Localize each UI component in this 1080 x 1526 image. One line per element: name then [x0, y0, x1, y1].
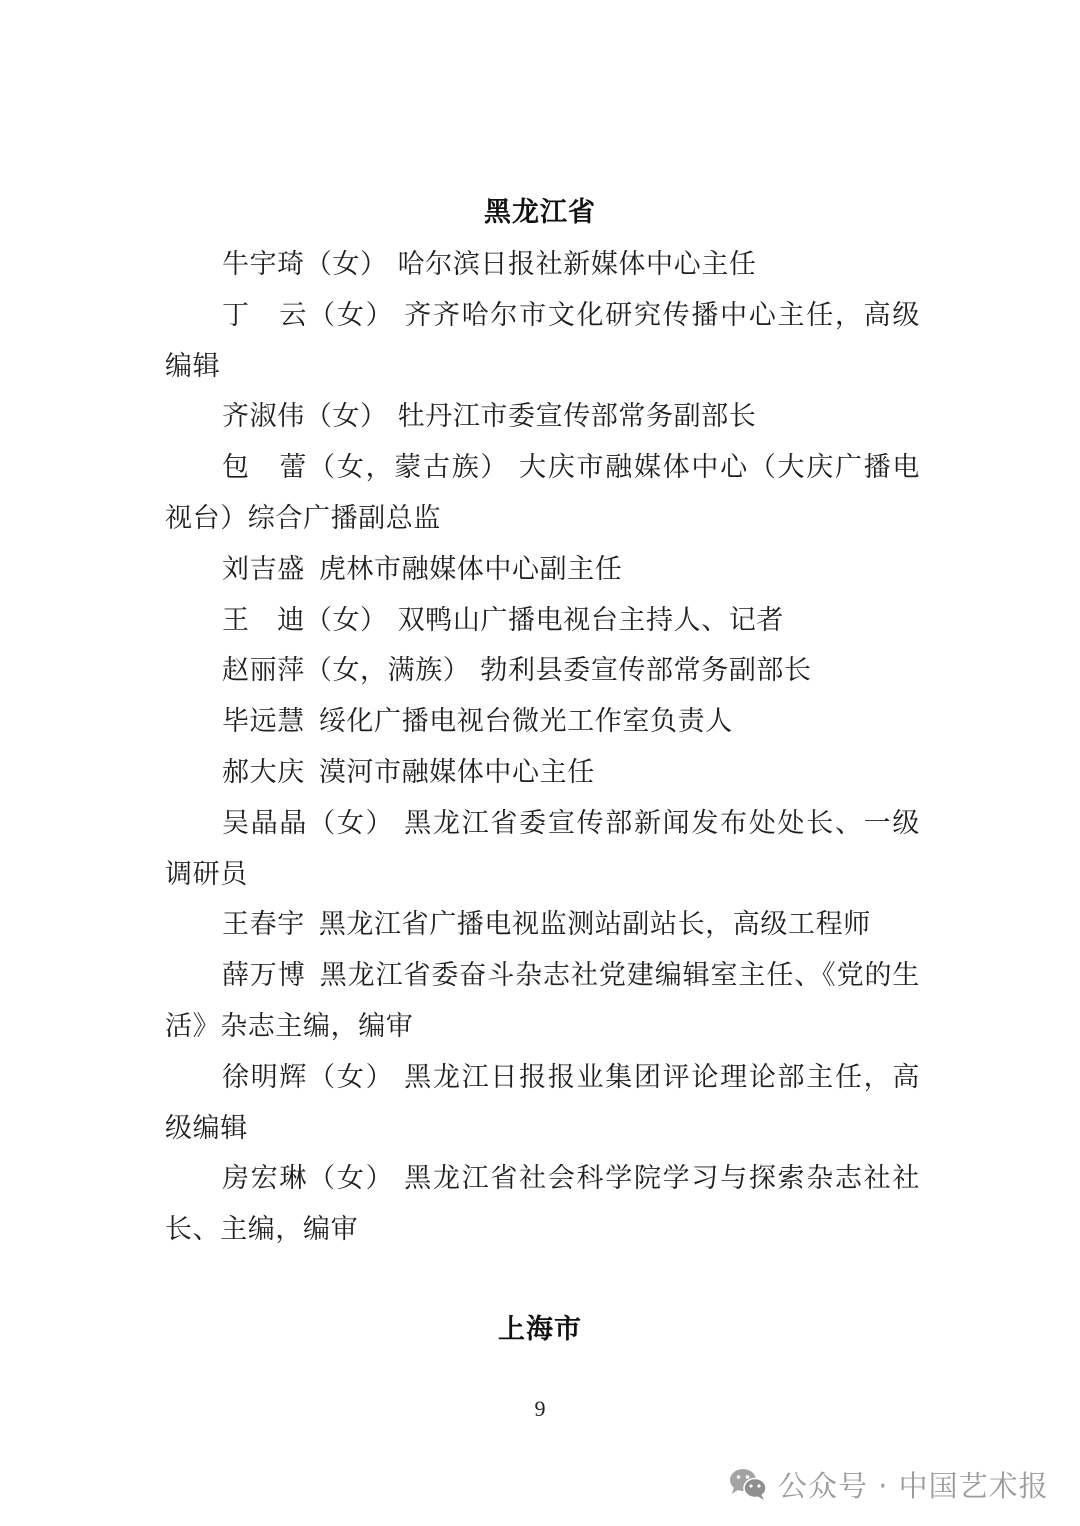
person-name: 吴晶晶 — [222, 808, 308, 839]
person-note: （女） — [308, 300, 394, 331]
person-title: 勃利县委宣传部常务副部长 — [480, 655, 811, 686]
person-name: 赵丽萍 — [222, 655, 305, 686]
section-heading-heilongjiang: 黑龙江省 — [0, 196, 1080, 230]
person-note: （女，蒙古族） — [308, 452, 509, 483]
person-title: 牡丹江市委宣传部常务副部长 — [398, 401, 757, 432]
watermark: 公众号 · 中国艺术报 — [728, 1462, 1049, 1506]
list-item: 徐明辉（女）黑龙江日报报业集团评论理论部主任，高级编辑 — [165, 1053, 920, 1155]
person-note: （女） — [308, 808, 394, 839]
person-note: （女） — [308, 1163, 394, 1194]
person-note: （女） — [308, 1062, 394, 1093]
person-note: （女） — [305, 605, 388, 636]
person-name: 徐明辉 — [222, 1062, 308, 1093]
person-name: 丁 云 — [222, 300, 308, 331]
person-title: 虎林市融媒体中心副主任 — [319, 554, 623, 585]
list-item: 郝大庆漠河市融媒体中心主任 — [165, 748, 920, 799]
person-name: 王 迪 — [222, 605, 305, 636]
watermark-text: 公众号 · 中国艺术报 — [778, 1464, 1049, 1505]
person-title: 绥化广播电视台微光工作室负责人 — [319, 706, 733, 737]
section-heading-shanghai: 上海市 — [0, 1313, 1080, 1347]
list-item: 王春宇黑龙江省广播电视监测站副站长，高级工程师 — [165, 900, 920, 951]
person-title: 双鸭山广播电视台主持人、记者 — [398, 605, 784, 636]
person-title: 哈尔滨日报社新媒体中心主任 — [398, 249, 757, 280]
list-item: 刘吉盛虎林市融媒体中心副主任 — [165, 545, 920, 596]
person-name: 刘吉盛 — [222, 554, 305, 585]
person-title: 黑龙江省广播电视监测站副站长，高级工程师 — [319, 909, 871, 940]
list-item: 牛宇琦（女）哈尔滨日报社新媒体中心主任 — [165, 240, 920, 291]
list-item: 包 蕾（女，蒙古族）大庆市融媒体中心（大庆广播电视台）综合广播副总监 — [165, 443, 920, 545]
list-item: 王 迪（女）双鸭山广播电视台主持人、记者 — [165, 596, 920, 647]
list-item: 吴晶晶（女）黑龙江省委宣传部新闻发布处处长、一级调研员 — [165, 799, 920, 901]
person-name: 齐淑伟 — [222, 401, 305, 432]
person-name: 房宏琳 — [222, 1163, 308, 1194]
person-name: 薛万博 — [222, 960, 306, 991]
person-note: （女，满族） — [305, 655, 471, 686]
person-name: 包 蕾 — [222, 452, 308, 483]
list-item: 房宏琳（女）黑龙江省社会科学院学习与探索杂志社社长、主编，编审 — [165, 1154, 920, 1256]
list-item: 毕远慧绥化广播电视台微光工作室负责人 — [165, 697, 920, 748]
list-item: 丁 云（女）齐齐哈尔市文化研究传播中心主任，高级编辑 — [165, 291, 920, 393]
person-note: （女） — [305, 249, 388, 280]
person-name: 郝大庆 — [222, 757, 305, 788]
page-number: 9 — [0, 1396, 1080, 1422]
person-note: （女） — [305, 401, 388, 432]
person-title: 漠河市融媒体中心主任 — [319, 757, 595, 788]
entry-list-heilongjiang: 牛宇琦（女）哈尔滨日报社新媒体中心主任 丁 云（女）齐齐哈尔市文化研究传播中心主… — [165, 240, 920, 1256]
person-name: 王春宇 — [222, 909, 305, 940]
list-item: 薛万博黑龙江省委奋斗杂志社党建编辑室主任、《党的生活》杂志主编，编审 — [165, 951, 920, 1053]
wechat-icon — [728, 1467, 768, 1501]
list-item: 齐淑伟（女）牡丹江市委宣传部常务副部长 — [165, 392, 920, 443]
document-page: 黑龙江省 牛宇琦（女）哈尔滨日报社新媒体中心主任 丁 云（女）齐齐哈尔市文化研究… — [0, 0, 1080, 1526]
person-name: 毕远慧 — [222, 706, 305, 737]
list-item: 赵丽萍（女，满族）勃利县委宣传部常务副部长 — [165, 646, 920, 697]
person-name: 牛宇琦 — [222, 249, 305, 280]
